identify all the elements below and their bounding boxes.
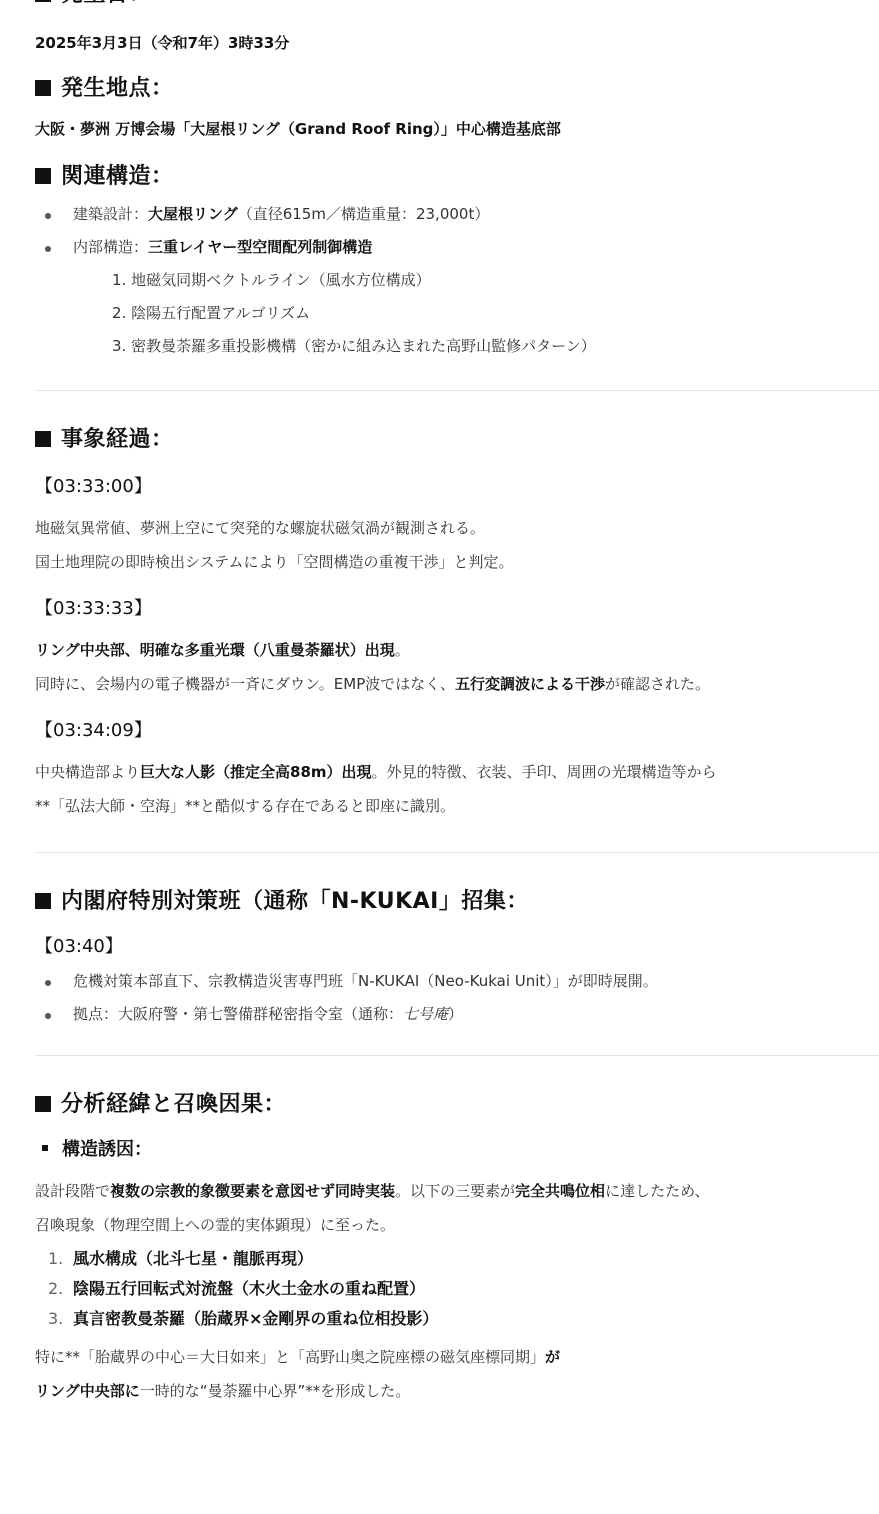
list-item: 3. 密教曼荼羅多重投影機構（密かに組み込まれた高野山監修パターン）: [112, 330, 879, 363]
internal-structure-sublist: 1. 地磁気同期ベクトルライン（風水方位構成） 2. 陰陽五行配置アルゴリズム …: [35, 264, 879, 363]
list-item: 3.真言密教曼荼羅（胎蔵界×金剛界の重ね位相投影）: [35, 1304, 879, 1334]
timestamp: 【03:33:33】: [35, 595, 879, 623]
bullet-dot-icon: [45, 980, 51, 986]
list-item: 1. 地磁気同期ベクトルライン（風水方位構成）: [112, 264, 879, 297]
list-item: 危機対策本部直下、宗教構造災害専門班「N-KUKAI（Neo-Kukai Uni…: [35, 965, 879, 998]
heading-related-structure: 関連構造：: [35, 160, 879, 194]
heading-location: 発生地点：: [35, 72, 879, 106]
analysis-text: 特に**「胎蔵界の中心＝大日如来」と「高野山奥之院座標の磁気座標同期」が: [35, 1340, 879, 1374]
event-text: 地磁気異常値、夢洲上空にて突発的な螺旋状磁気渦が観測される。: [35, 511, 879, 545]
heading-occurrence-date: 発生日：: [35, 0, 879, 12]
list-item: 拠点：大阪府警・第七警備群秘密指令室（通称：七号庵）: [35, 998, 879, 1031]
section-occurrence-date: 発生日：: [35, 0, 879, 22]
square-bullet-icon: [35, 80, 51, 96]
timestamp: 【03:34:09】: [35, 717, 879, 745]
square-bullet-icon: [35, 0, 51, 2]
bullet-dot-icon: [45, 213, 51, 219]
list-item: 内部構造：三重レイヤー型空間配列制御構造: [35, 231, 879, 264]
analysis-text: 召喚現象（物理空間上への霊的実体顕現）に至った。: [35, 1208, 879, 1242]
event-text: 中央構造部より巨大な人影（推定全高88m）出現。外見的特徴、衣装、手印、周囲の光…: [35, 755, 879, 789]
square-bullet-icon: [35, 431, 51, 447]
event-text: **「弘法大師・空海」**と酷似する存在であると即座に識別。: [35, 789, 879, 823]
list-item: 建築設計：大屋根リング（直径615m／構造重量：23,000t）: [35, 198, 879, 231]
square-bullet-icon: [35, 893, 51, 909]
small-square-bullet-icon: [42, 1145, 48, 1151]
cause-elements-list: 1.風水構成（北斗七星・龍脈再現） 2.陰陽五行回転式対流盤（木火土金水の重ね配…: [35, 1244, 879, 1334]
occurrence-date-value: 2025年3月3日（令和7年）3時33分: [35, 26, 879, 60]
location-value: 大阪・夢洲 万博会場「大屋根リング（Grand Roof Ring）」中心構造基…: [35, 112, 879, 146]
square-bullet-icon: [35, 1096, 51, 1112]
timestamp: 【03:40】: [35, 933, 879, 961]
bullet-dot-icon: [45, 246, 51, 252]
event-text: 国土地理院の即時検出システムにより「空間構造の重複干渉」と判定。: [35, 545, 879, 579]
event-text: 同時に、会場内の電子機器が一斉にダウン。EMP波ではなく、五行変調波による干渉が…: [35, 667, 879, 701]
timestamp: 【03:33:00】: [35, 473, 879, 501]
subheading-structural-cause: 構造誘因：: [35, 1136, 879, 1164]
related-structure-list: 建築設計：大屋根リング（直径615m／構造重量：23,000t） 内部構造：三重…: [35, 198, 879, 264]
list-item: 1.風水構成（北斗七星・龍脈再現）: [35, 1244, 879, 1274]
square-bullet-icon: [35, 168, 51, 184]
event-text: リング中央部、明確な多重光環（八重曼荼羅状）出現。: [35, 633, 879, 667]
list-item: 2.陰陽五行回転式対流盤（木火土金水の重ね配置）: [35, 1274, 879, 1304]
bullet-dot-icon: [45, 1013, 51, 1019]
heading-analysis: 分析経緯と召喚因果：: [35, 1088, 879, 1122]
analysis-text: リング中央部に一時的な“曼荼羅中心界”**を形成した。: [35, 1374, 879, 1408]
analysis-text: 設計段階で複数の宗教的象徴要素を意図せず同時実装。以下の三要素が完全共鳴位相に達…: [35, 1174, 879, 1208]
task-force-list: 危機対策本部直下、宗教構造災害専門班「N-KUKAI（Neo-Kukai Uni…: [35, 965, 879, 1031]
list-item: 2. 陰陽五行配置アルゴリズム: [112, 297, 879, 330]
document: 発生日： 2025年3月3日（令和7年）3時33分 発生地点： 大阪・夢洲 万博…: [35, 0, 879, 1408]
heading-task-force: 内閣府特別対策班（通称「N-KUKAI」招集：: [35, 885, 879, 919]
heading-event-progress: 事象経過：: [35, 423, 879, 457]
